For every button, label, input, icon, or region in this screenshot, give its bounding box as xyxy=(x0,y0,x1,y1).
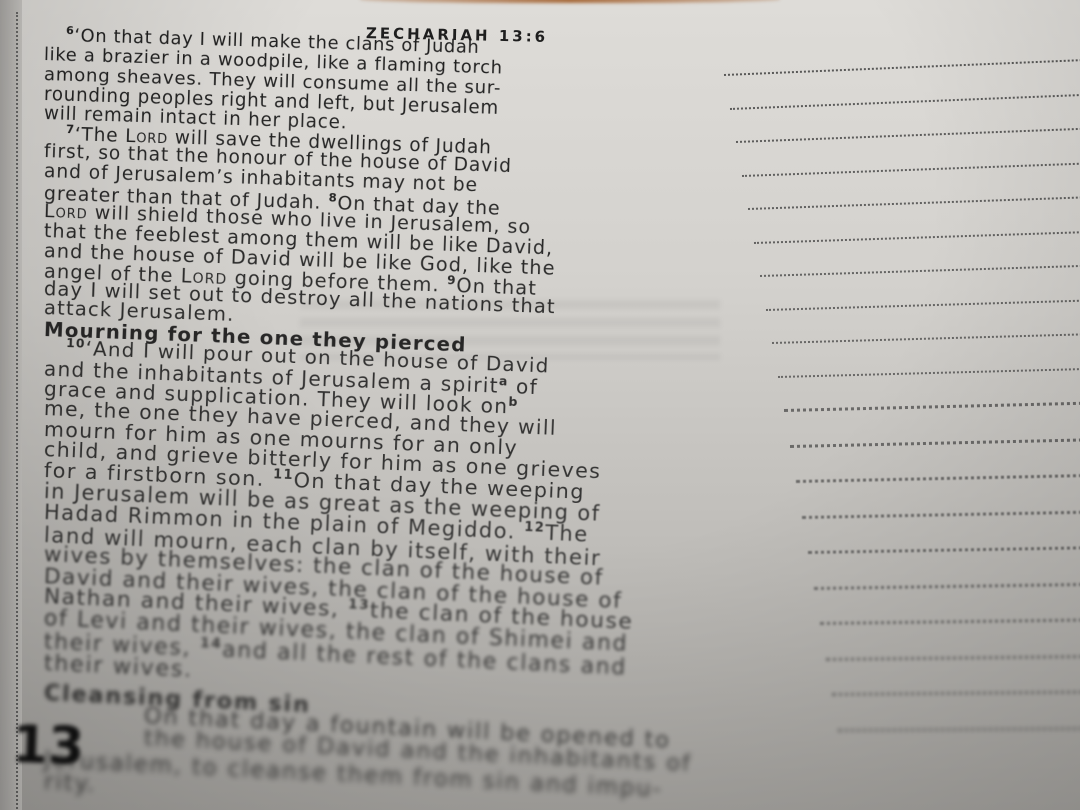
note-dotted-line xyxy=(838,727,1080,732)
notes-area xyxy=(0,0,1080,810)
note-dotted-line xyxy=(784,402,1080,412)
note-dotted-line xyxy=(790,438,1080,448)
note-dotted-line xyxy=(826,655,1080,661)
note-dotted-line xyxy=(778,367,1080,377)
note-dotted-line xyxy=(814,582,1080,589)
bible-page-photo: ZECHARIAH 13:6 6‘On that day I will make… xyxy=(0,0,1080,810)
note-dotted-line xyxy=(742,162,1080,177)
note-dotted-line xyxy=(736,128,1080,143)
note-dotted-line xyxy=(766,299,1080,311)
note-dotted-line xyxy=(724,59,1080,76)
note-dotted-line xyxy=(754,230,1080,243)
note-dotted-line xyxy=(808,546,1080,554)
note-dotted-line xyxy=(760,265,1080,277)
note-dotted-line xyxy=(832,691,1080,696)
note-dotted-line xyxy=(802,510,1080,518)
note-dotted-line xyxy=(796,474,1080,483)
note-dotted-line xyxy=(748,196,1080,210)
note-dotted-line xyxy=(820,618,1080,625)
note-dotted-line xyxy=(730,93,1080,109)
note-dotted-line xyxy=(772,333,1080,344)
